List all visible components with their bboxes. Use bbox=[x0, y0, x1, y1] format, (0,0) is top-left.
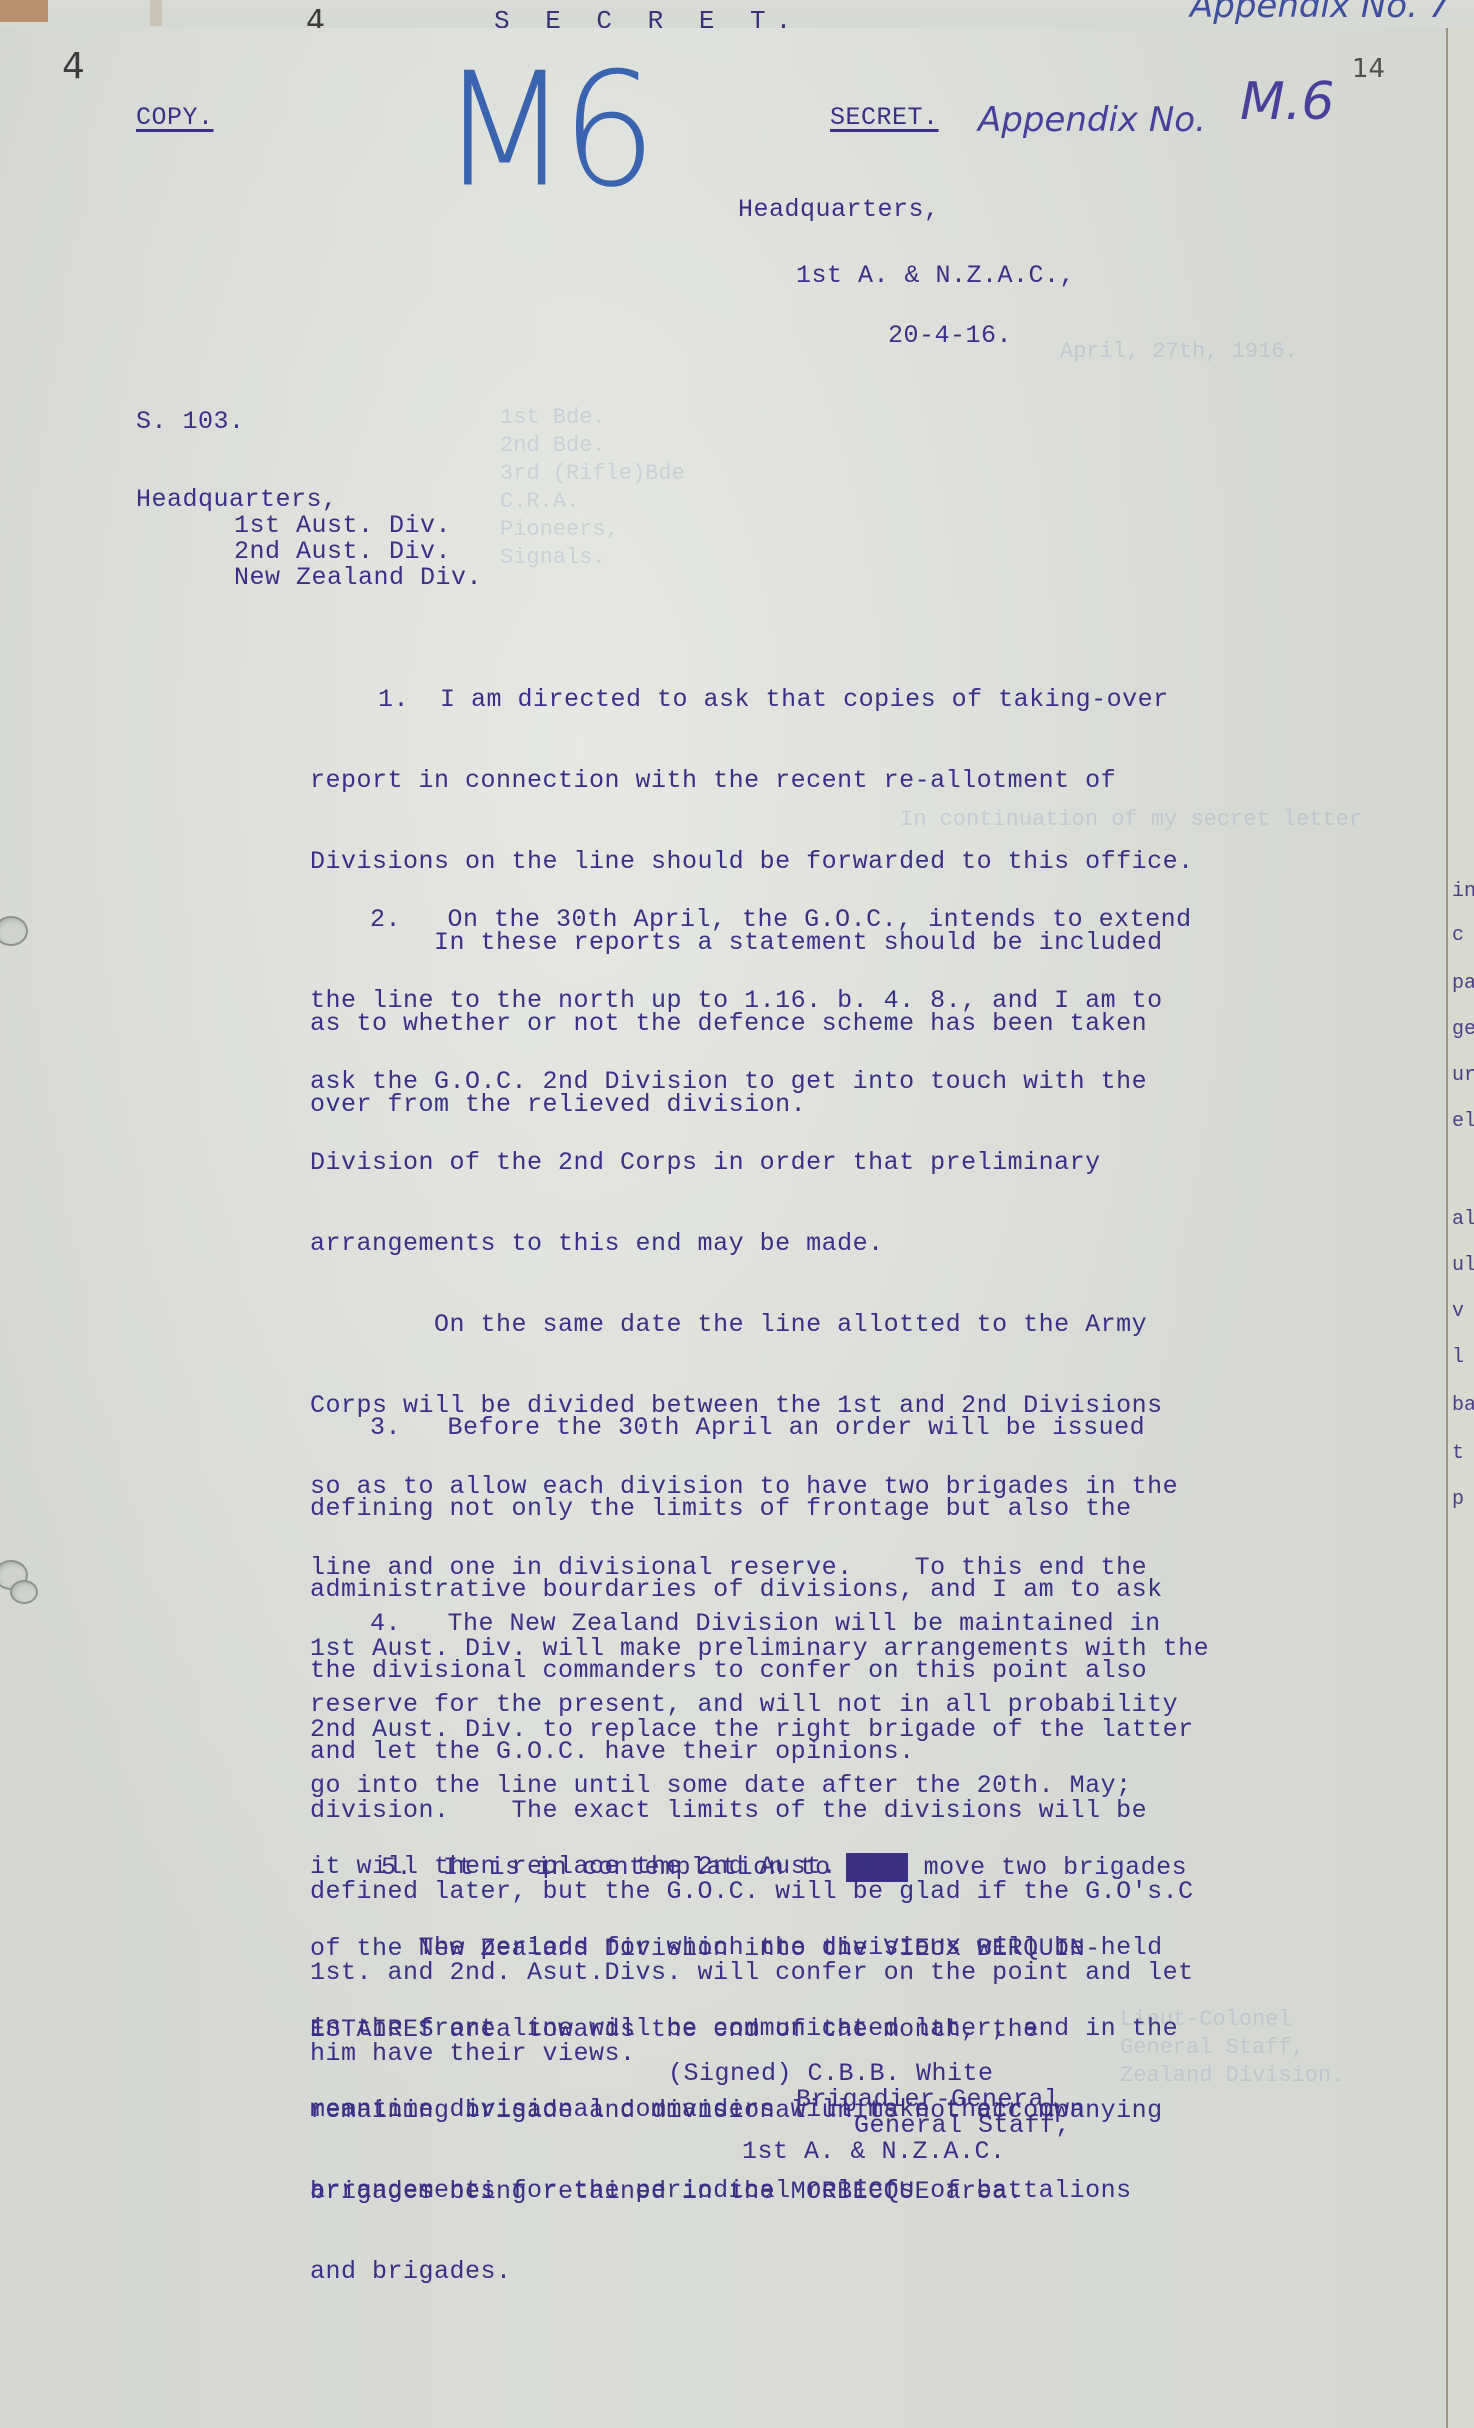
signature-unit: 1st A. & N.Z.A.C. bbox=[742, 2138, 1006, 2165]
paragraph-line: go into the line until some date after t… bbox=[310, 1772, 1410, 1799]
signature-name: (Signed) C.B.B. White bbox=[668, 2060, 994, 2087]
paragraph-line: 5. It is in contemplation to bbox=[350, 1853, 846, 1882]
bleed-through-list-1: 1st Bde. bbox=[500, 404, 606, 431]
adjacent-text: ul bbox=[1452, 1254, 1474, 1277]
paragraph-line: Division of the 2nd Corps in order that … bbox=[310, 1149, 1410, 1176]
paragraph-line: 4. The New Zealand Division will be main… bbox=[310, 1610, 1410, 1637]
paragraph-line: and brigades. bbox=[310, 2258, 1410, 2285]
signature-rank: Brigadier-General bbox=[796, 2086, 1060, 2113]
paragraph-line: ESTAIRES area towards the end of the mon… bbox=[310, 2016, 1410, 2043]
paragraph-line: of the New Zealand Division into the VIE… bbox=[310, 1935, 1410, 1962]
bleed-through-list-6: Signals. bbox=[500, 544, 606, 571]
origin-line-1: Headquarters, bbox=[738, 196, 940, 223]
paragraph-line: report in connection with the recent re-… bbox=[310, 767, 1410, 794]
bleed-through-list-3: 3rd (Rifle)Bde bbox=[500, 460, 685, 487]
paragraph-line: defining not only the limits of frontage… bbox=[310, 1495, 1410, 1522]
reference-number: S. 103. bbox=[136, 408, 245, 435]
paragraph-line: 3. Before the 30th April an order will b… bbox=[310, 1414, 1410, 1441]
adjacent-text: t bbox=[1452, 1442, 1464, 1465]
addressee-2: 2nd Aust. Div. bbox=[234, 538, 451, 565]
paragraph-line: arrangements to this end may be made. bbox=[310, 1230, 1410, 1257]
adjacent-text: ur bbox=[1452, 1064, 1474, 1087]
bleed-through-list-2: 2nd Bde. bbox=[500, 432, 606, 459]
classification-label: SECRET. bbox=[830, 104, 939, 131]
origin-line-2: 1st A. & N.Z.A.C., bbox=[796, 262, 1075, 289]
handwritten-ref-m6: M6 bbox=[440, 40, 649, 223]
punch-hole bbox=[10, 1580, 38, 1604]
paragraph-line: On the same date the line allotted to th… bbox=[310, 1311, 1410, 1338]
paper-edge bbox=[150, 0, 162, 26]
adjacent-text: c bbox=[1452, 924, 1464, 947]
document-date: 20-4-16. bbox=[888, 322, 1012, 349]
paragraph-line: ask the G.O.C. 2nd Division to get into … bbox=[310, 1068, 1410, 1095]
adjacent-page: in c pa ge ur el al ul v l ba t p bbox=[1448, 28, 1474, 2428]
adjacent-text: p bbox=[1452, 1488, 1464, 1511]
bleed-through-list-5: Pioneers, bbox=[500, 516, 619, 543]
struck-word: make bbox=[846, 1853, 908, 1882]
page-number-pencil: 4 bbox=[62, 46, 85, 87]
bleed-through-list-4: C.R.A. bbox=[500, 488, 579, 515]
paragraph-line: the line to the north up to 1.16. b. 4. … bbox=[310, 987, 1410, 1014]
appendix-value: M.6 bbox=[1240, 72, 1334, 132]
folio-number: 14 bbox=[1352, 54, 1385, 84]
paragraph-line: brigades being retained in the MORBECQUE… bbox=[310, 2178, 1410, 2205]
paragraph-line: 2. On the 30th April, the G.O.C., intend… bbox=[310, 906, 1410, 933]
paragraph-line: 1. I am directed to ask that copies of t… bbox=[310, 686, 1410, 713]
adjacent-text: in bbox=[1452, 880, 1474, 903]
paragraph-5: 5. It is in contemplation to make move t… bbox=[310, 1800, 1410, 2232]
adjacent-text: pa bbox=[1452, 972, 1474, 995]
paragraph-line: move two brigades bbox=[908, 1853, 1187, 1882]
paragraph-line: reserve for the present, and will not in… bbox=[310, 1691, 1410, 1718]
adjacent-text: v bbox=[1452, 1300, 1464, 1323]
adjacent-text: el bbox=[1452, 1110, 1474, 1133]
copy-label: COPY. bbox=[136, 104, 214, 131]
signature-staff: General Staff, bbox=[854, 2112, 1071, 2139]
top-sheet-appendix-note: Appendix No. 7 bbox=[1190, 0, 1450, 26]
bleed-through-date: April, 27th, 1916. bbox=[1060, 338, 1298, 365]
adjacent-text: al bbox=[1452, 1208, 1474, 1231]
adjacent-text: ge bbox=[1452, 1018, 1474, 1041]
addressee-title: Headquarters, bbox=[136, 486, 338, 513]
addressee-3: New Zealand Div. bbox=[234, 564, 482, 591]
addressee-1: 1st Aust. Div. bbox=[234, 512, 451, 539]
adjacent-text: ba bbox=[1452, 1394, 1474, 1417]
adjacent-text: l bbox=[1452, 1346, 1464, 1369]
appendix-label: Appendix No. bbox=[978, 100, 1206, 140]
folder-tab bbox=[0, 0, 48, 22]
